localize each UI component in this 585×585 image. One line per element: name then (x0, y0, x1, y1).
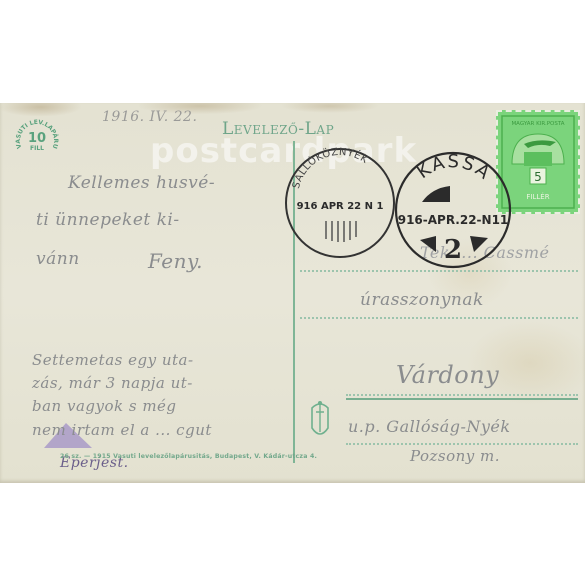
message-line: Settemetas egy uta- (32, 351, 194, 369)
message-line: nem irtam el a ... cgut (32, 421, 212, 439)
message-line: ti ünnepeket ki- (36, 210, 180, 230)
svg-text:KASSA: KASSA (413, 151, 495, 185)
address-line-1 (300, 270, 578, 272)
seal-stamp: VASUTI LEV.LAPÁRUSITÁS 10 FILL (12, 113, 62, 163)
postmark-sallokoznyek: SALLÓKÖZNYÉK 916 APR 22 N 1 (284, 147, 396, 259)
svg-text:916-APR.22-N11: 916-APR.22-N11 (398, 213, 509, 227)
svg-text:10: 10 (28, 131, 46, 146)
address-line-2 (300, 317, 578, 319)
address-line-3 (346, 394, 578, 396)
svg-text:FILLÉR: FILLÉR (526, 192, 549, 201)
address-line-4 (346, 443, 578, 445)
coat-of-arms-icon (308, 398, 332, 440)
svg-text:MAGYAR KIR.POSTA: MAGYAR KIR.POSTA (511, 121, 564, 127)
postmark-kassa: KASSA 916-APR.22-N11 2 (392, 150, 514, 270)
card-title: Levelező-Lap (222, 119, 334, 139)
message-line: ban vagyok s még (32, 397, 177, 415)
address-underline (346, 398, 578, 400)
postcard-back: postcardpark VASUTI LEV.LAPÁRUSITÁS 10 F… (0, 103, 585, 483)
printer-imprint: 26 sz. — 1915 Vasuti levelezőlapárusitás… (60, 453, 317, 460)
svg-text:916 APR 22 N 1: 916 APR 22 N 1 (297, 201, 384, 212)
message-line: zás, már 3 napja ut- (32, 374, 193, 392)
svg-text:2: 2 (444, 235, 462, 265)
message-line: Kellemes husvé- (68, 173, 215, 193)
signature: Feny. (148, 249, 203, 273)
svg-text:SALLÓKÖZNYÉK: SALLÓKÖZNYÉK (291, 147, 370, 190)
svg-text:FILL: FILL (30, 145, 44, 152)
address-post: u.p. Gallóság-Nyék (348, 417, 511, 436)
address-town: Várdony (396, 361, 499, 389)
seal-icon: VASUTI LEV.LAPÁRUSITÁS 10 FILL (12, 113, 62, 163)
address-recipient-line2: úrasszonynak (360, 290, 484, 310)
address-county: Pozsony m. (410, 447, 500, 465)
svg-text:5: 5 (534, 170, 542, 184)
handwritten-date: 1916. IV. 22. (102, 109, 197, 125)
message-line: vánn (36, 249, 80, 269)
